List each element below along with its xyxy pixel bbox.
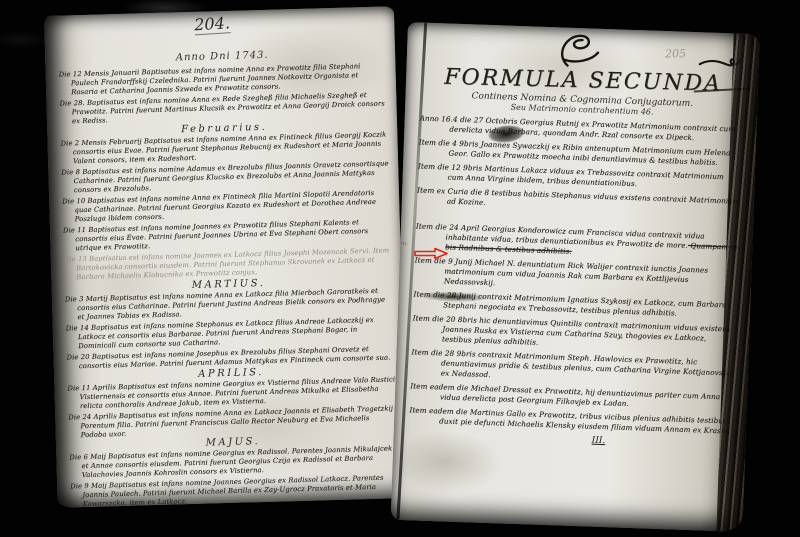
margin-note: on. [399, 241, 408, 247]
struck-text: Quampam in bis Radnibus & testibus adhib… [445, 241, 738, 256]
left-entries-list: Die 12 Mensis Januarii Baptisatus est in… [59, 61, 400, 507]
bottom-mark: III. [558, 435, 638, 448]
photo-background: 204. Anno Dni 1743. Die 12 Mensis Januar… [0, 0, 800, 537]
red-arrow-icon [413, 246, 451, 261]
right-page: 205 FORMULA SECUNDA Continens Nomina & C… [391, 22, 760, 532]
left-page: 204. Anno Dni 1743. Die 12 Mensis Januar… [44, 6, 408, 508]
right-entries-list: Anno 16.4 die 27 Octobris Georgius Rutni… [409, 113, 744, 436]
left-page-number: 204. [194, 13, 231, 35]
